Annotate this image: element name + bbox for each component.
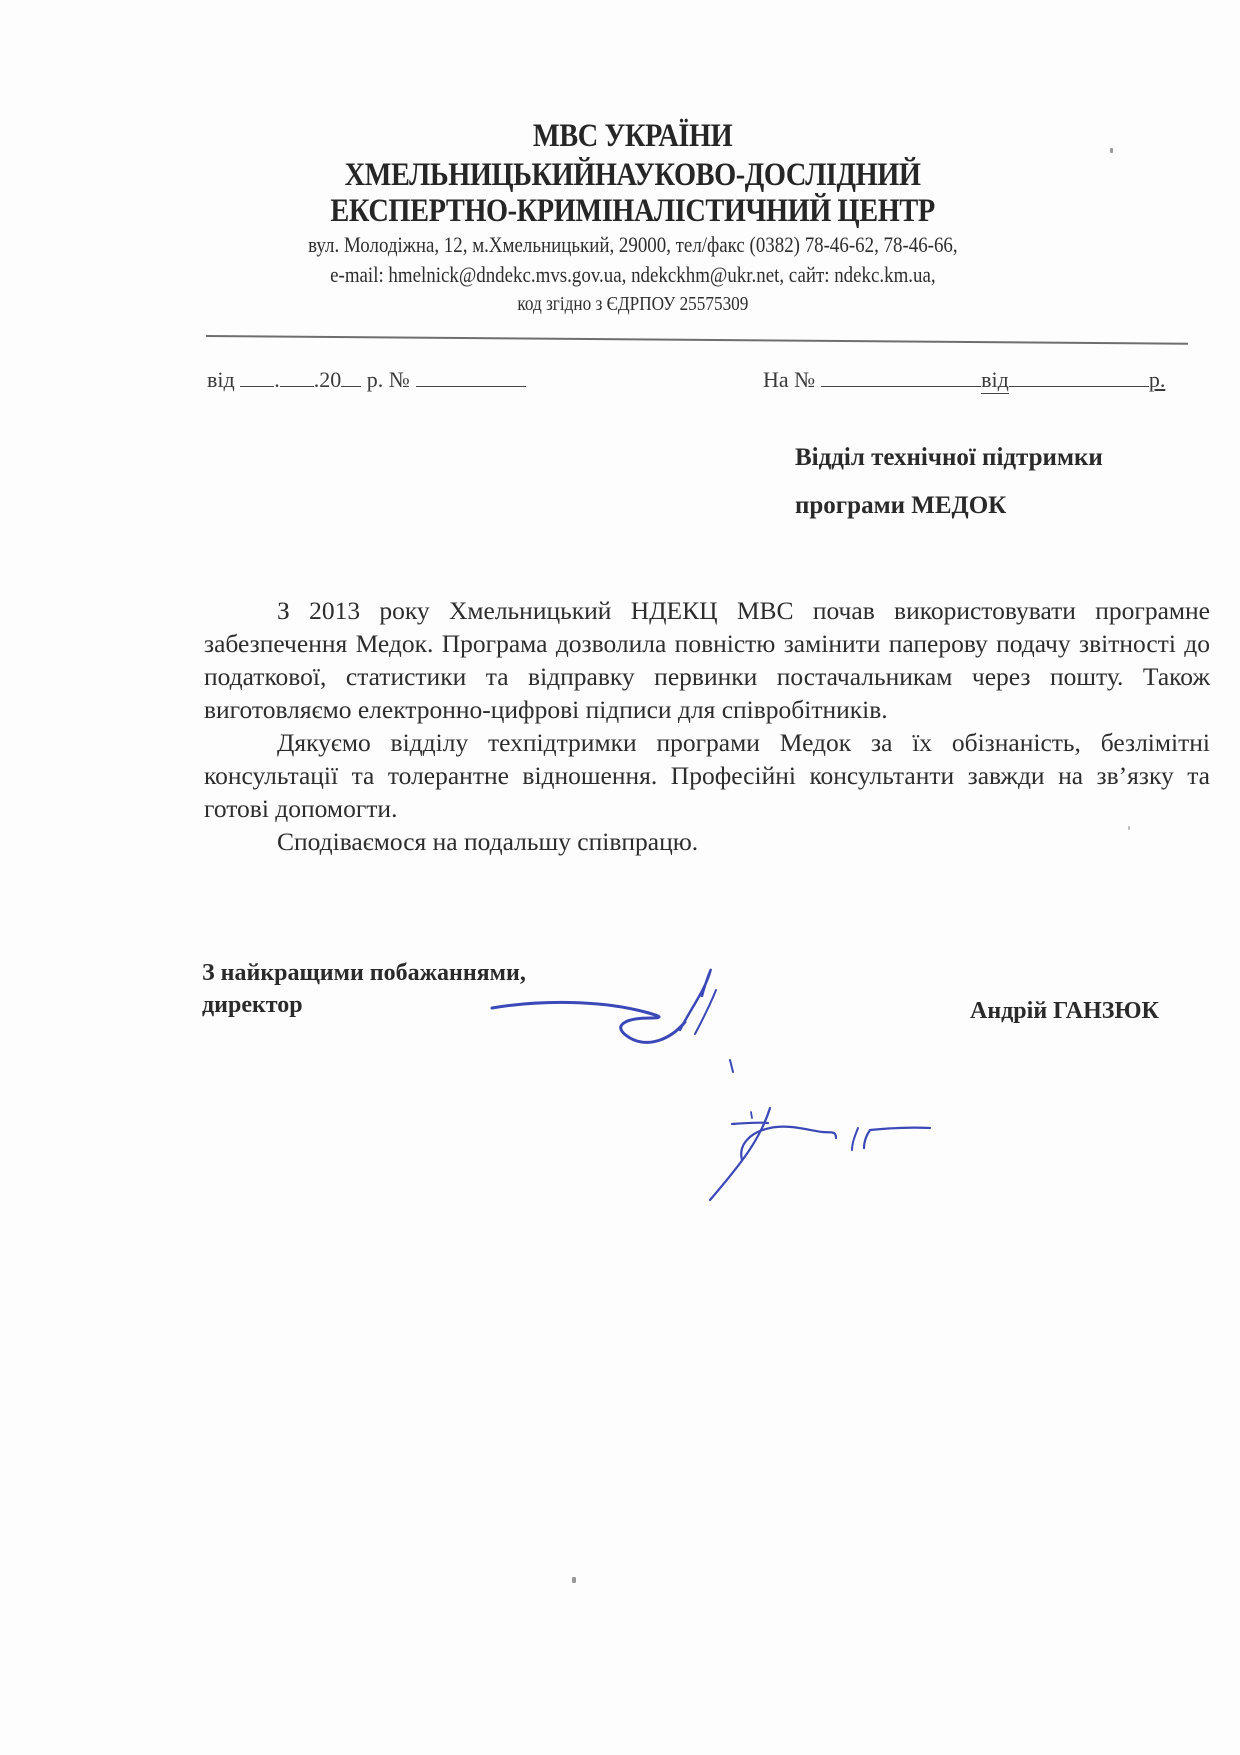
handwritten-signature-icon: [470, 960, 1030, 1220]
outgoing-number-label: р. №: [367, 367, 410, 392]
incoming-number-label: На №: [763, 367, 815, 392]
letterhead-org-line-2: ЕКСПЕРТНО-КРИМІНАЛІСТИЧНИЙ ЦЕНТР: [99, 193, 1165, 229]
outgoing-year-field: [341, 366, 361, 387]
incoming-number-field: [821, 366, 981, 387]
year-prefix: .20: [314, 367, 342, 392]
incoming-date-field: [1009, 366, 1149, 387]
body-paragraph: Дякуємо відділу техпідтримки програми Ме…: [204, 726, 1210, 825]
addressee-line-2: програми МЕДОК: [795, 491, 1006, 521]
letterhead-divider: [206, 335, 1188, 345]
scan-speck: [572, 1577, 576, 1583]
incoming-reference: На №відр.: [763, 366, 1165, 394]
scan-speck: [1110, 148, 1113, 153]
outgoing-month-field: [280, 366, 314, 387]
letterhead-org-line-1: ХМЕЛЬНИЦЬКИЙНАУКОВО-ДОСЛІДНИЙ: [99, 157, 1165, 193]
body-paragraph: З 2013 року Хмельницький НДЕКЦ МВС почав…: [204, 594, 1210, 726]
incoming-year-label: р.: [1149, 367, 1166, 392]
letterhead-contacts: e-mail: hmelnick@dndekc.mvs.gov.ua, ndek…: [100, 262, 1166, 288]
letterhead-ministry: МВС УКРАЇНИ: [99, 118, 1165, 154]
letterhead-edrpou-code: код згідно з ЄДРПОУ 25575309: [100, 291, 1166, 317]
scan-speck: [1128, 826, 1130, 830]
body-paragraph: Сподіваємося на подальшу співпрацю.: [204, 825, 1210, 858]
outgoing-date-label: від: [207, 367, 235, 392]
incoming-date-label: від: [981, 367, 1009, 394]
letterhead-address: вул. Молодіжна, 12, м.Хмельницький, 2900…: [100, 232, 1166, 258]
addressee-line-1: Відділ технічної підтримки: [795, 443, 1103, 473]
outgoing-day-field: [240, 366, 274, 387]
outgoing-reference: від ..20 р. №: [207, 366, 526, 393]
signer-position: директор: [202, 990, 303, 1020]
outgoing-number-field: [416, 366, 526, 387]
letter-body: З 2013 року Хмельницький НДЕКЦ МВС почав…: [204, 594, 1210, 858]
